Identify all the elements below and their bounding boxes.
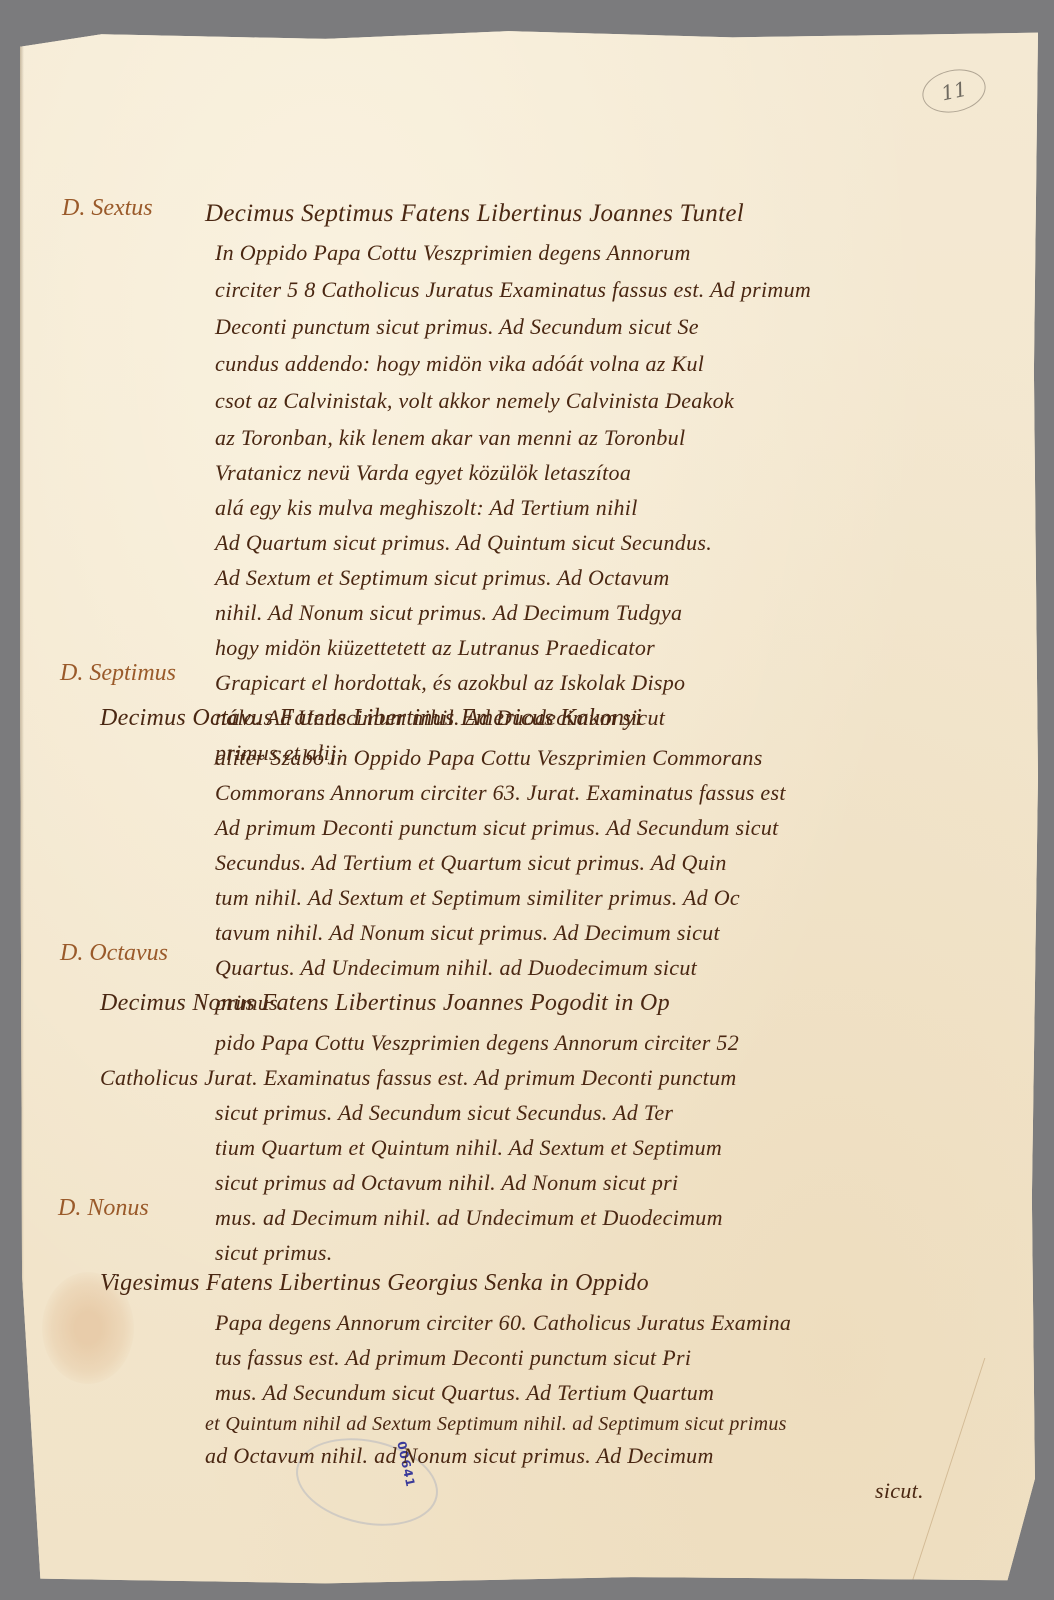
marginal-note: D. Sextus xyxy=(62,195,153,222)
text-line: Ad Sextum et Septimum sicut primus. Ad O… xyxy=(215,565,670,591)
text-line: Decimus Nonus Fatens Libertinus Joannes … xyxy=(100,990,670,1017)
text-line: sicut. xyxy=(875,1478,924,1504)
text-line: Ad Quartum sicut primus. Ad Quintum sicu… xyxy=(215,530,712,556)
text-line: Decimus Octavus Fatens Libertinus Emeric… xyxy=(100,705,642,732)
text-line: In Oppido Papa Cottu Veszprimien degens … xyxy=(215,240,691,266)
text-line: mus. ad Decimum nihil. ad Undecimum et D… xyxy=(215,1205,723,1231)
text-line: nihil. Ad Nonum sicut primus. Ad Decimum… xyxy=(215,600,682,626)
text-line: pido Papa Cottu Veszprimien degens Annor… xyxy=(215,1030,739,1056)
text-line: tus fassus est. Ad primum Deconti punctu… xyxy=(215,1345,691,1371)
text-line: csot az Calvinistak, volt akkor nemely C… xyxy=(215,388,734,414)
text-line: et Quintum nihil ad Sextum Septimum nihi… xyxy=(205,1413,787,1436)
text-line: sicut primus ad Octavum nihil. Ad Nonum … xyxy=(215,1170,678,1196)
text-line: Vratanicz nevü Varda egyet közülök letas… xyxy=(215,460,631,486)
text-line: cundus addendo: hogy midön vika adóát vo… xyxy=(215,351,704,377)
text-line: mus. Ad Secundum sicut Quartus. Ad Terti… xyxy=(215,1380,714,1406)
text-line: Papa degens Annorum circiter 60. Catholi… xyxy=(215,1310,791,1336)
text-line: hogy midön kiüzettetett az Lutranus Prae… xyxy=(215,635,655,661)
marginal-note: D. Octavus xyxy=(60,940,168,967)
text-line: Grapicart el hordottak, és azokbul az Is… xyxy=(215,670,685,696)
text-line: Quartus. Ad Undecimum nihil. ad Duodecim… xyxy=(215,955,697,981)
text-line: Commorans Annorum circiter 63. Jurat. Ex… xyxy=(215,780,786,806)
text-line: tum nihil. Ad Sextum et Septimum similit… xyxy=(215,885,740,911)
text-line: Secundus. Ad Tertium et Quartum sicut pr… xyxy=(215,850,727,876)
marginal-note: D. Nonus xyxy=(58,1195,149,1222)
text-line: tium Quartum et Quintum nihil. Ad Sextum… xyxy=(215,1135,722,1161)
text-line: circiter 5 8 Catholicus Juratus Examinat… xyxy=(215,277,811,303)
text-line: aliter Szabó in Oppido Papa Cottu Veszpr… xyxy=(215,745,763,771)
text-line: sicut primus. xyxy=(215,1240,333,1266)
corner-fold xyxy=(910,1358,1046,1588)
page-edge-shadow xyxy=(20,28,24,1588)
text-line: az Toronban, kik lenem akar van menni az… xyxy=(215,425,685,451)
marginal-note: D. Septimus xyxy=(60,660,176,687)
text-line: alá egy kis mulva meghiszolt: Ad Tertium… xyxy=(215,495,638,521)
text-line: Ad primum Deconti punctum sicut primus. … xyxy=(215,815,779,841)
text-line: Catholicus Jurat. Examinatus fassus est.… xyxy=(100,1065,737,1091)
text-line: sicut primus. Ad Secundum sicut Secundus… xyxy=(215,1100,673,1126)
text-line: Deconti punctum sicut primus. Ad Secundu… xyxy=(215,314,699,340)
folio-number-text: 11 xyxy=(939,77,969,106)
text-line: tavum nihil. Ad Nonum sicut primus. Ad D… xyxy=(215,920,720,946)
text-line: Decimus Septimus Fatens Libertinus Joann… xyxy=(205,200,744,228)
text-line: ad Octavum nihil. ad Nonum sicut primus.… xyxy=(205,1443,714,1469)
text-line: Vigesimus Fatens Libertinus Georgius Sen… xyxy=(100,1270,649,1297)
